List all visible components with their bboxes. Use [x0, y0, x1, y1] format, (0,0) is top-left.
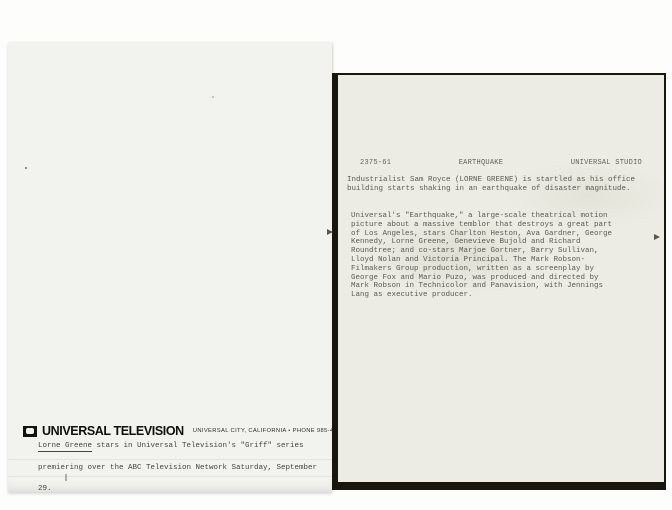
paper-fold-line	[8, 476, 332, 477]
photo-number: 2375-61	[360, 159, 391, 167]
caption-line: Industrialist Sam Royce (LORNE GREENE) i…	[347, 176, 635, 185]
press-release-text: Lorne Greene stars in Universal Televisi…	[38, 442, 328, 507]
film-title: EARTHQUAKE	[459, 159, 504, 167]
body-line: Lloyd Nolan and Victoria Principal. The …	[351, 256, 612, 265]
letterhead-company-name: UNIVERSAL TELEVISION	[42, 424, 184, 438]
arrow-head	[327, 229, 333, 235]
photo-caption: Industrialist Sam Royce (LORNE GREENE) i…	[347, 176, 635, 193]
caption-line: building starts shaking in an earthquake…	[347, 185, 635, 194]
body-line: Mark Robson in Technicolor and Panavisio…	[351, 282, 612, 291]
underlined-name: Lorne Greene	[38, 442, 92, 452]
paper-fold-line	[8, 459, 332, 460]
caption-page: 2375-61 EARTHQUAKE UNIVERSAL STUDIO Indu…	[338, 75, 664, 482]
body-line: Roundtree; and co-stars Marjoe Gortner, …	[351, 247, 612, 256]
arrow-head	[654, 234, 660, 240]
photo-back-frame: 2375-61 EARTHQUAKE UNIVERSAL STUDIO Indu…	[332, 73, 666, 490]
press-release-line: premiering over the ABC Television Netwo…	[38, 464, 328, 472]
studio-name: UNIVERSAL STUDIO	[571, 159, 642, 167]
body-line: Kennedy, Lorne Greene, Genevieve Bujold …	[351, 238, 612, 247]
pen-mark	[65, 474, 67, 481]
dust-speck	[212, 96, 214, 98]
body-line: of Los Angeles, stars Charlton Heston, A…	[351, 230, 612, 239]
press-release-line: 29.	[38, 485, 328, 493]
letterhead: UNIVERSAL TELEVISION UNIVERSAL CITY, CAL…	[23, 424, 344, 438]
press-release-line: Lorne Greene stars in Universal Televisi…	[38, 442, 328, 450]
caption-header-row: 2375-61 EARTHQUAKE UNIVERSAL STUDIO	[360, 159, 642, 167]
press-release-page: UNIVERSAL TELEVISION UNIVERSAL CITY, CAL…	[8, 42, 332, 492]
universal-tv-logo-icon	[23, 426, 37, 437]
body-line: picture about a massive temblor that des…	[351, 221, 612, 230]
letterhead-address: UNIVERSAL CITY, CALIFORNIA • PHONE 985-4…	[193, 428, 344, 434]
boilerplate-paragraph: Universal's "Earthquake," a large-scale …	[351, 212, 612, 300]
body-line: Filmakers Group production, written as a…	[351, 265, 612, 274]
press-release-line-rest: stars in Universal Television's "Griff" …	[92, 442, 304, 450]
scanned-press-kit: UNIVERSAL TELEVISION UNIVERSAL CITY, CAL…	[0, 0, 672, 510]
body-line: George Fox and Mario Puzo, was produced …	[351, 274, 612, 283]
dust-speck	[25, 167, 27, 169]
body-line: Lang as executive producer.	[351, 291, 612, 300]
body-line: Universal's "Earthquake," a large-scale …	[351, 212, 612, 221]
